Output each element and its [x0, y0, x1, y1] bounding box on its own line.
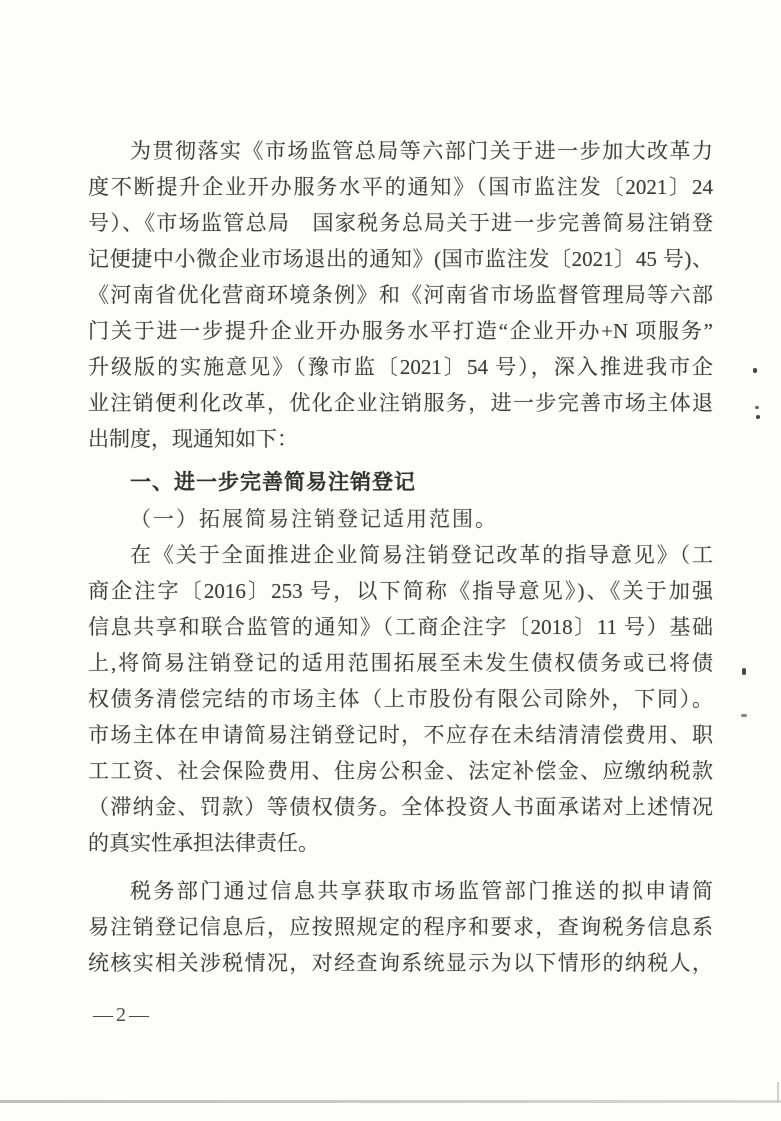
text-line: 在《关于全面推进企业简易注销登记改革的指导意见》（工 — [88, 537, 713, 573]
text-line: 《河南省优化营商环境条例》和《河南省市场监督管理局等六部 — [88, 277, 713, 313]
text-line: 上,将简易注销登记的适用范围拓展至未发生债权债务或已将债 — [88, 645, 713, 681]
text-line: 商企注字〔2016〕253 号，以下简称《指导意见》)、《关于加强 — [88, 573, 713, 609]
text-line: 号）、《市场监管总局 国家税务总局关于进一步完善简易注销登 — [88, 205, 713, 241]
scan-speck — [755, 406, 759, 409]
scan-speck — [741, 714, 747, 717]
text-line: 记便捷中小微企业市场退出的通知》(国市监注发〔2021〕45 号)、 — [88, 241, 713, 277]
text-line: 权债务清偿完结的市场主体（上市股份有限公司除外，下同）。 — [88, 681, 713, 717]
text-line: 升级版的实施意见》（豫市监〔2021〕54 号），深入推进我市企 — [88, 349, 713, 385]
text-line: 出制度，现通知如下： — [88, 421, 713, 457]
text-line: 的真实性承担法律责任。 — [88, 825, 713, 861]
text-line: 统核实相关涉税情况，对经查询系统显示为以下情形的纳税人， — [88, 945, 713, 981]
document-body: 为贯彻落实《市场监管总局等六部门关于进一步加大改革力 度不断提升企业开办服务水平… — [88, 133, 713, 981]
section-heading: 一、进一步完善简易注销登记 — [88, 465, 713, 501]
scan-speck — [753, 368, 757, 373]
scan-edge-right — [777, 1082, 779, 1103]
subsection-heading: （一）拓展简易注销登记适用范围。 — [88, 501, 713, 537]
text-line: 市场主体在申请简易注销登记时，不应存在未结清清偿费用、职 — [88, 717, 713, 753]
text-line: 门关于进一步提升企业开办服务水平打造“企业开办+N 项服务” — [88, 313, 713, 349]
scan-speck — [756, 415, 760, 419]
text-line: 信息共享和联合监管的通知》（工商企注字〔2018〕11 号）基础 — [88, 609, 713, 645]
page-number: —2— — [93, 1004, 152, 1027]
scan-speck — [742, 668, 746, 675]
text-line: （滞纳金、罚款）等债权债务。全体投资人书面承诺对上述情况 — [88, 789, 713, 825]
text-line: 度不断提升企业开办服务水平的通知》（国市监注发〔2021〕24 — [88, 169, 713, 205]
text-line: 易注销登记信息后，应按照规定的程序和要求，查询税务信息系 — [88, 909, 713, 945]
text-line: 为贯彻落实《市场监管总局等六部门关于进一步加大改革力 — [88, 133, 713, 169]
text-line: 业注销便利化改革，优化企业注销服务，进一步完善市场主体退 — [88, 385, 713, 421]
text-line: 税务部门通过信息共享获取市场监管部门推送的拟申请简 — [88, 873, 713, 909]
document-page: 为贯彻落实《市场监管总局等六部门关于进一步加大改革力 度不断提升企业开办服务水平… — [0, 0, 781, 1121]
text-line: 工工资、社会保险费用、住房公积金、法定补偿金、应缴纳税款 — [88, 753, 713, 789]
scan-edge-bottom — [0, 1100, 781, 1103]
